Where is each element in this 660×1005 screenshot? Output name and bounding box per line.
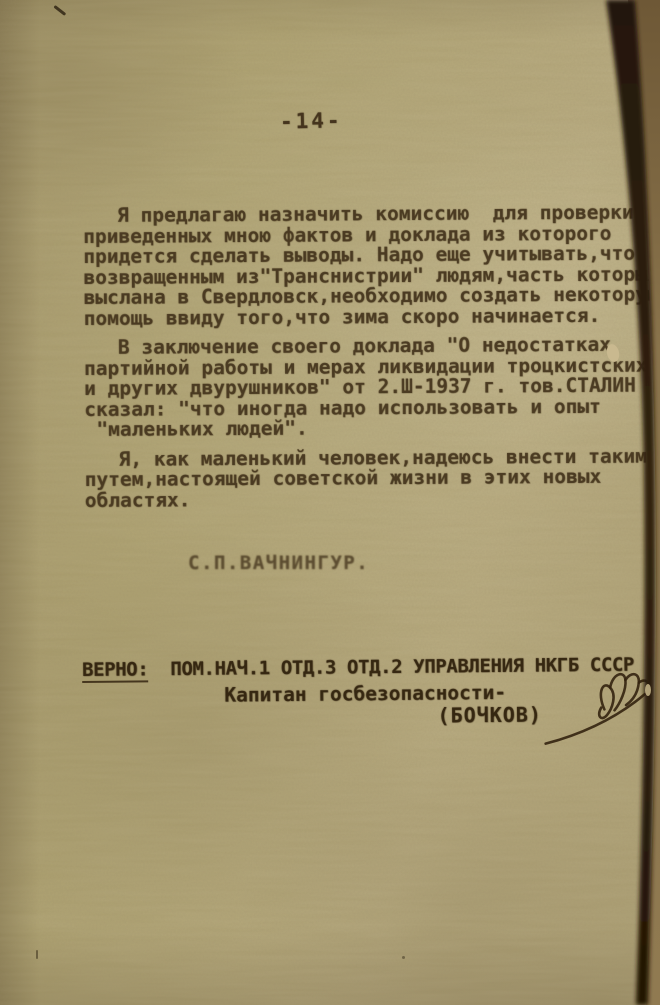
certifier-name: (БОЧКОВ) [82,704,652,730]
certification-line: Капитан госбезопасности- [82,681,652,707]
typed-line: сказал: "что иногда надо использовать и … [84,396,650,420]
page-number: -14- [280,108,343,133]
certifier-title: ПОМ.НАЧ.1 ОТД.3 ОТД.2 УПРАВЛЕНИЯ НКГБ СС… [148,654,634,681]
paragraph: Я, как маленький человек,надеюсь внести … [84,446,650,511]
paragraph: В заключение своего доклада "О недостатк… [84,335,651,441]
certification-block: ВЕРНО: ПОМ.НАЧ.1 ОТД.3 ОТД.2 УПРАВЛЕНИЯ … [82,655,653,730]
typed-line: помощь ввиду того,что зима скоро начинае… [84,305,650,329]
typed-line: "маленьких людей". [84,417,650,441]
certification-line: ВЕРНО: ПОМ.НАЧ.1 ОТД.3 ОТД.2 УПРАВЛЕНИЯ … [82,655,652,681]
scanned-document-page: -14- Я предлагаю назначить комиссию для … [0,0,660,1005]
document-body: Я предлагаю назначить комиссию для прове… [83,203,651,511]
typed-line: областях. [85,487,651,511]
paragraph: Я предлагаю назначить комиссию для прове… [83,203,650,329]
typed-line: путем,настоящей советской жизни в этих н… [85,467,651,491]
ink-speck [402,956,405,959]
ink-speck [54,5,67,16]
verno-label: ВЕРНО: [82,658,148,683]
typed-author-signature: С.П.ВАЧНИНГУР. [188,552,369,574]
ink-speck [36,950,38,959]
